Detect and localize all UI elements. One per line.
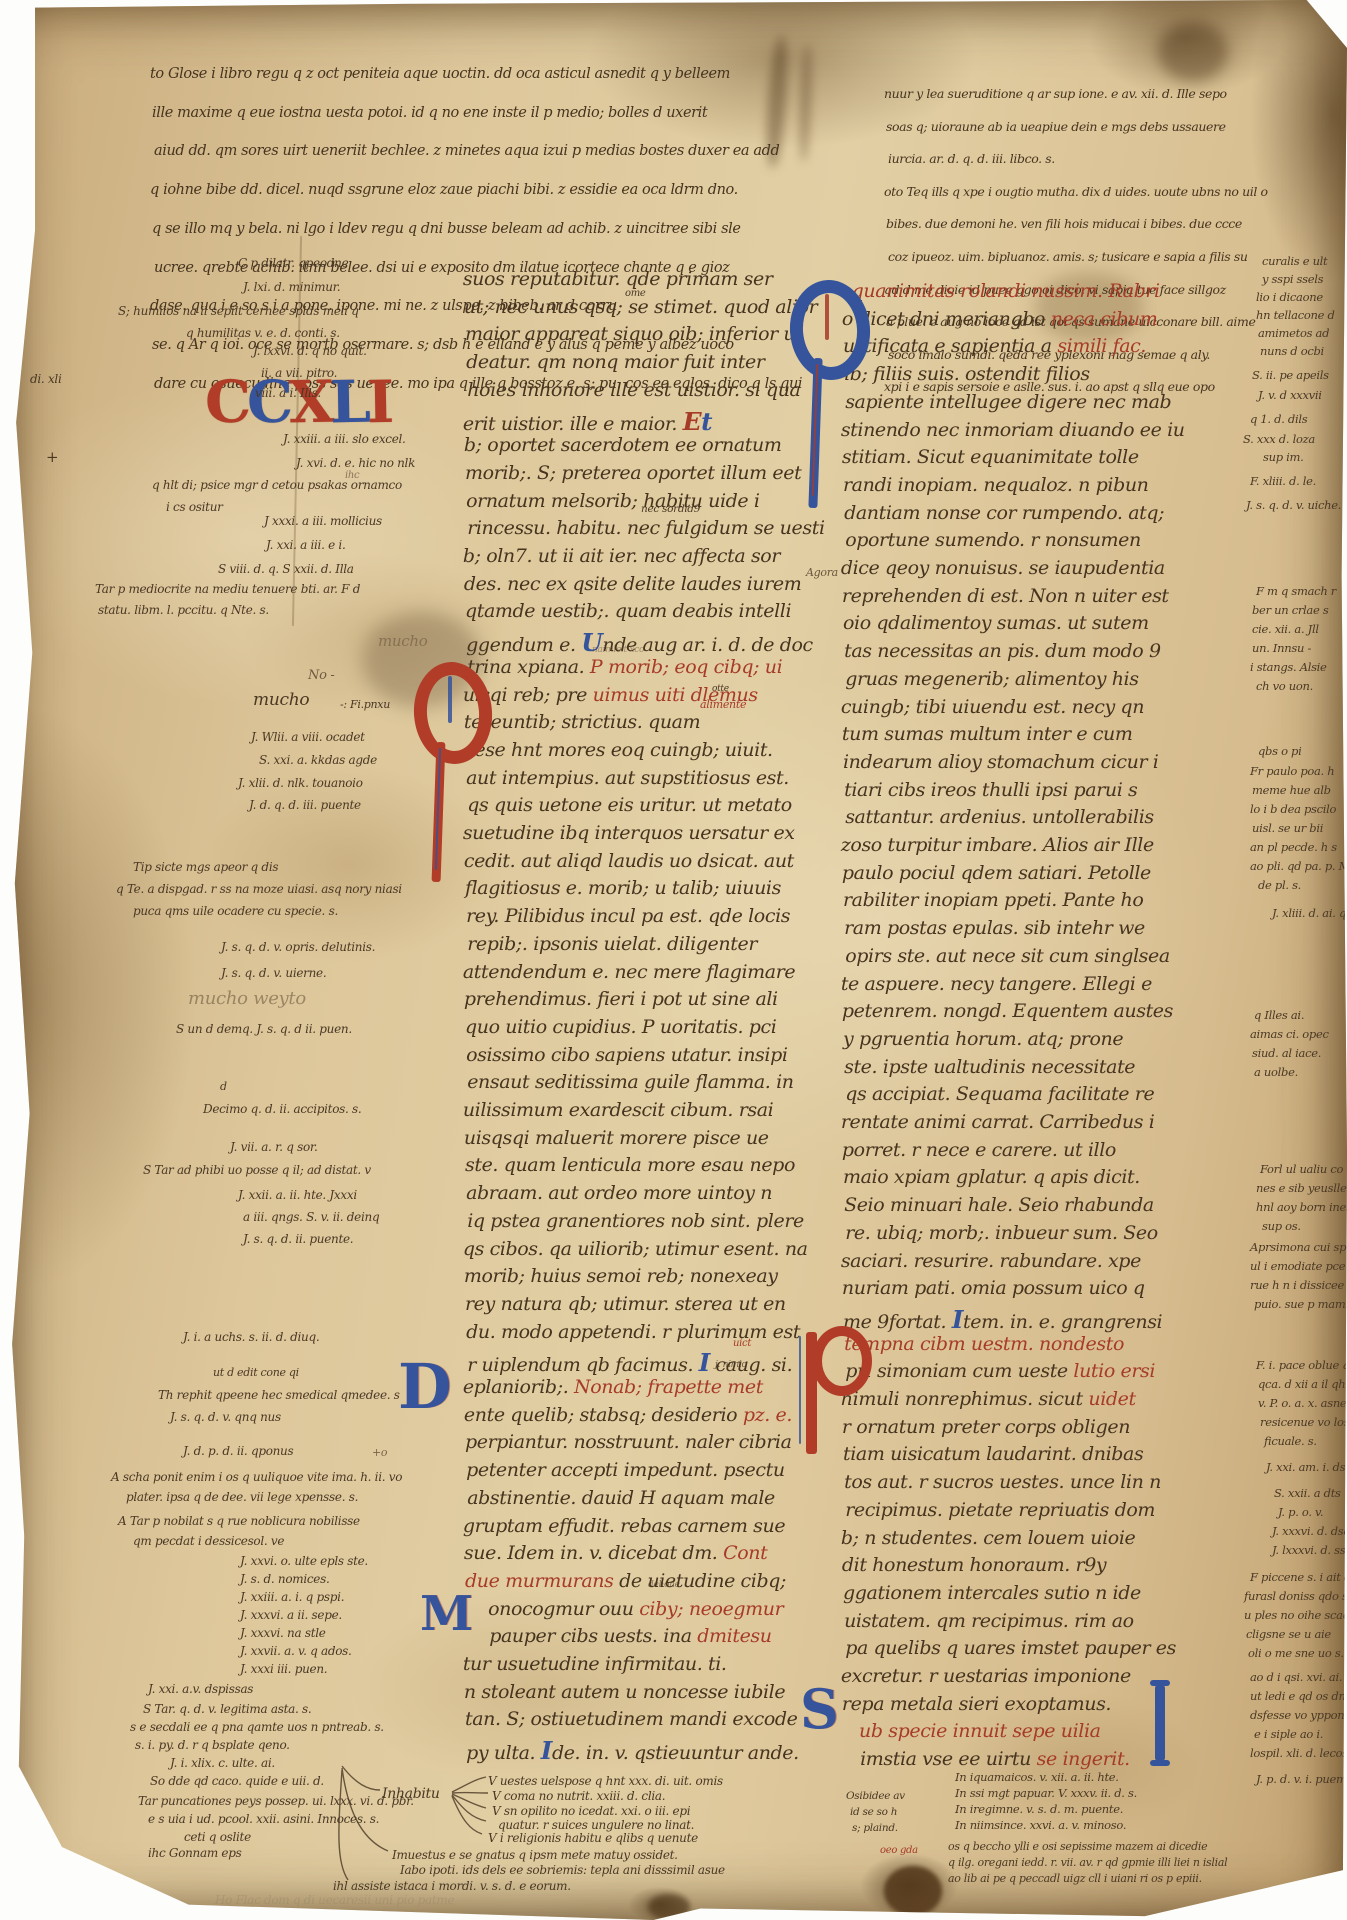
margin-note-right: amimetos ad	[1258, 326, 1329, 340]
top-gloss-left: to Glose i libro regu q z oct peniteia a…	[150, 66, 880, 210]
margin-note-right: qca. d xii a il qh	[1258, 1377, 1345, 1391]
text-line: quo uitio cupidius. P uoritatis. pci	[465, 1016, 776, 1038]
vernacular-gloss-agora: Agora	[806, 566, 838, 579]
gloss-line: bibes. due demoni he. ven fili hois midu…	[886, 216, 1306, 231]
margin-note-left: Tip sicte mgs apeor q dis	[133, 860, 278, 874]
text-line: nuriam pati. omia possum uico q	[842, 1277, 1145, 1299]
margin-note-left: J. lxi. d. minimur.	[243, 280, 340, 294]
margin-note-left: J. s. q. d. v. qnq nus	[170, 1410, 281, 1424]
text-line: tiam uisicatum laudarint. dnibas	[843, 1443, 1143, 1465]
interlinear-gloss: +o	[372, 1446, 387, 1459]
text-line: y pgruentia horum. atq; prone	[843, 1028, 1123, 1050]
footer-note: In iregimne. v. s. d. m. puente.	[955, 1802, 1123, 1816]
margin-note-right: cie. xii. a. Jll	[1252, 622, 1319, 636]
interlinear-gloss: alimente	[700, 698, 746, 711]
text-line: sue. Idem in. v. dicebat dm. Cont	[464, 1542, 767, 1564]
text-line: pri simoniam cum ueste lutio ersi	[845, 1360, 1155, 1382]
text-line: qs quis uetone eis uritur. ut metato	[467, 794, 792, 816]
text-line: ggationem intercales sutio n ide	[843, 1582, 1141, 1604]
margin-note-left: J. xxi. a.v. dspissas	[148, 1682, 253, 1696]
margin-note-right: S. xxii. a dts	[1274, 1486, 1341, 1500]
margin-note-right: dsfesse vo yppondes	[1250, 1708, 1347, 1722]
gloss-line: aiud dd. qm sores uirt ueneriit bechlee.…	[154, 143, 884, 159]
margin-note-left: s e secdali ee q pna qamte uos n pntreab…	[130, 1720, 384, 1734]
text-line: qtamde uestib;. quam deabis intelli	[465, 600, 791, 622]
text-line: prehendimus. fieri i pot ut sine ali	[464, 988, 778, 1010]
margin-note-right: v. P. o. a. x. asne	[1258, 1396, 1346, 1410]
margin-note-right: F. xliii. d. le.	[1250, 474, 1316, 488]
margin-note-right: siud. al iace.	[1252, 1046, 1321, 1060]
text-line: des. nec ex qsite delite laudes iurem	[464, 573, 801, 595]
edge-note: di. xli	[30, 372, 62, 386]
margin-note-left: J. xxxvi. a ii. sepe.	[240, 1608, 342, 1622]
text-line: erit uistior. ille e maior. Et	[463, 407, 712, 436]
text-line: tas necessitas an pis. dum modo 9	[844, 640, 1161, 662]
text-line: abraam. aut ordeo more uintoy n	[466, 1182, 772, 1204]
text-line: opirs ste. aut nece sit cum singlsea	[845, 945, 1170, 967]
text-line: imstia vse ee uirtu se ingerit.	[860, 1748, 1130, 1770]
footer-note: In niimsince. xxvi. a. v. minoso.	[955, 1818, 1126, 1832]
margin-note-right: qbs o pi	[1258, 744, 1302, 758]
margin-note-right: hnl aoy born inel	[1256, 1200, 1347, 1214]
margin-note-left: d	[220, 1080, 227, 1093]
interlinear-gloss: naimleit xco	[592, 645, 644, 655]
margin-note-left: puca qms uile ocadere cu specie. s.	[133, 904, 338, 918]
gloss-line: q se illo mq y bela. ni lgo i ldev regu …	[152, 221, 882, 237]
margin-note-left: a iii. qngs. S. v. ii. deinq	[243, 1210, 379, 1224]
text-line: repib;. ipsonis uielat. diligenter	[467, 933, 757, 955]
text-line: morib; huius semoi reb; nonexeay	[464, 1265, 778, 1287]
text-line: flagitiosus e. morib; u talib; uiuuis	[465, 877, 781, 899]
text-line: ste. quam lenticula more esau nepo	[465, 1154, 795, 1176]
text-line: aut intempius. aut supstitiosus est.	[466, 767, 789, 789]
text-line: abstinentie. dauid H aquam male	[467, 1487, 775, 1509]
text-line: rincessu. habitu. nec fulgidum se uesti	[467, 517, 824, 539]
margin-note-left: J. xxxi iii. puen.	[240, 1662, 327, 1676]
text-line: sese hnt mores eoq cuingb; uiuit.	[465, 739, 773, 761]
text-line: pa quelibs q uares imstet pauper es	[845, 1637, 1176, 1659]
text-line: eplaniorib;. Nonab; frapette met	[463, 1376, 763, 1398]
margin-note-left: s. i. py. d. r q bsplate qeno.	[135, 1738, 290, 1752]
text-line: sapiente intellugee digere nec mab	[845, 391, 1171, 413]
text-line: pauper cibs uests. ina dmitesu	[489, 1625, 771, 1647]
text-line: repa metala sieri exoptamus.	[842, 1693, 1111, 1715]
footer-note: ihl assiste istaca i mordi. v. s. d. e e…	[333, 1879, 571, 1893]
interlinear-gloss: nec sordid9	[641, 503, 700, 515]
margin-note-right: Aprsimona cui sp	[1250, 1240, 1346, 1254]
text-line: due murmurans de uietudine cibq;	[465, 1570, 786, 1592]
margin-note-left: A scha ponit enim i os q uuliquoe vite i…	[111, 1470, 402, 1484]
text-line: osissimo cibo sapiens utatur. insipi	[466, 1044, 787, 1066]
margin-note-left: viii. a i. Ills.	[255, 386, 321, 400]
margin-note-right: J. v. d xxxvii	[1258, 388, 1322, 402]
margin-note-left: q Te. a dispgad. r ss na moze uiasi. asq…	[116, 882, 402, 896]
text-line: r ornatum preter corps obligen	[842, 1416, 1130, 1438]
margin-note-left: J. i. a uchs. s. ii. d. diuq.	[183, 1330, 319, 1344]
gloss-line: soas q; uioraune ab ia ueapiue dein e mg…	[886, 119, 1306, 134]
text-line: ustificata e sapientia a simili fac.	[843, 335, 1146, 357]
margin-note-right: ber un crlae s	[1252, 603, 1328, 617]
interlinear-gloss: j. nimio	[715, 1360, 747, 1370]
text-line: dantiam nonse cor rumpendo. atq;	[844, 502, 1164, 524]
margin-note-right: F. i. pace oblue q s. a	[1256, 1358, 1347, 1372]
text-line: b; n studentes. cem louem uioie	[841, 1527, 1136, 1549]
margin-note-right: J. p. d. v. i. pueme	[1256, 1772, 1347, 1786]
margin-note-left: No -	[308, 668, 335, 683]
footer-note: id se so h	[850, 1806, 897, 1818]
text-line: o dicet dni meriangbo neca cibum	[842, 308, 1157, 330]
footer-note: Iabo ipoti. ids dels ee sobriemis: tepla…	[400, 1863, 725, 1877]
margin-note-left: ii. a vii. pitro.	[261, 366, 337, 380]
text-line: tan. S; ostiuetudinem mandi excode	[465, 1708, 797, 1730]
text-line: oportune sumendo. r nonsumen	[845, 529, 1141, 551]
footer-note: In iquamaicos. v. xii. a. ii. hte.	[955, 1770, 1119, 1784]
margin-note-right: rue h n i dissicee qccp	[1250, 1278, 1347, 1292]
margin-note-left: Tar puncationes peys possep. ui. lxxx. v…	[138, 1794, 414, 1808]
margin-note-right: a uolbe.	[1254, 1065, 1298, 1079]
margin-note-left: J. xxvii. a. v. q ados.	[240, 1644, 352, 1658]
margin-note-left: J. xxi. a iii. e i.	[266, 538, 346, 552]
margin-note-right: ch vo uon.	[1256, 679, 1313, 693]
margin-note-left: J. xxiii. a. i. q pspi.	[240, 1590, 344, 1604]
margin-note-right: puio. sue p mami.	[1254, 1297, 1347, 1311]
text-line: dice qeoy nonuisus. se iaupudentia	[841, 557, 1165, 579]
margin-note-right: lo i b dea pscilo	[1250, 802, 1336, 816]
text-line: tereuntib; strictius. quam	[464, 711, 700, 733]
text-line: maio xpiam gplatur. q apis dicit.	[843, 1166, 1140, 1188]
margin-note-right: resicenue vo losse	[1260, 1415, 1347, 1429]
text-line: dit honestum honoraum. r9y	[842, 1554, 1106, 1576]
text-line: oio qdalimentoy sumas. ut sutem	[843, 612, 1149, 634]
margin-note-right: J. xxi. am. i. ds.	[1266, 1460, 1347, 1474]
margin-note-left: e s uia i ud. pcool. xxii. asini. Innoce…	[148, 1812, 379, 1826]
margin-note-left: J. vii. a. r. q sor.	[230, 1140, 318, 1154]
margin-note-right: Forl ul ualiu co i	[1260, 1162, 1347, 1176]
margin-note-right: i stangs. Alsie	[1250, 660, 1327, 674]
gloss-line: iurcia. ar. d. q. d. iii. libco. s.	[888, 151, 1308, 166]
text-line: onocogmur ouu ciby; neoegmur	[488, 1598, 783, 1620]
margin-note-right: J. xxxvi. d. dse	[1272, 1524, 1347, 1538]
text-line: excretur. r uestarias imponione	[841, 1665, 1131, 1687]
margin-note-left: So dde qd caco. quide e uii. d.	[150, 1774, 324, 1788]
margin-note-left: S; humilos na il sepilt cernee splds mel…	[118, 304, 359, 318]
vernacular-gloss-mucho: mucho weyto	[188, 988, 306, 1009]
ink-stain	[1158, 22, 1228, 82]
text-line: indearum alioy stomachum cicur i	[843, 751, 1158, 773]
margin-note-left: J. xxiii. a iii. slo excel.	[283, 432, 406, 446]
margin-note-right: u ples no oihe scao i	[1244, 1608, 1347, 1622]
text-line: uilissimum exardescit cibum. rsai	[463, 1099, 774, 1121]
margin-note-left: S viii. d. q. S xxii. d. Illa	[218, 562, 354, 576]
margin-note-right: furasl doniss qdo sa	[1244, 1589, 1347, 1603]
text-line: cuingb; tibi uiuendu est. necy qn	[841, 696, 1144, 718]
margin-note-left: J. s. q. d. v. opris. delutinis.	[221, 940, 375, 954]
gloss-line: to Glose i libro regu q z oct peniteia a…	[150, 66, 880, 82]
margin-note-right: aimas ci. opec	[1250, 1027, 1329, 1041]
text-line: ente quelib; stabsq; desiderio pz. e.	[464, 1404, 792, 1426]
text-line: ornatum melsorib; habitu uide i	[466, 490, 759, 512]
margin-note-right: q Illes ai.	[1254, 1008, 1304, 1022]
faded-note: Ho Flac dom q di uecaresii uni pio patme	[215, 1893, 454, 1907]
text-line: uisqsqi maluerit morere pisce ue	[464, 1127, 769, 1149]
margin-note-right: sup im.	[1263, 450, 1303, 464]
parchment-hole	[884, 1866, 942, 1916]
text-line: b; oln7. ut ii ait ier. nec affecta sor	[463, 545, 780, 567]
text-line: re. ubiq; morb;. inbueur sum. Seo	[845, 1222, 1158, 1244]
footer-note: Inhabitu	[382, 1786, 440, 1802]
margin-note-right: ficuale. s.	[1264, 1434, 1317, 1448]
margin-note-left: J. i. xlix. c. ulte. ai.	[170, 1756, 275, 1770]
margin-note-left: J. lxxvi. d. q no quit.	[253, 344, 367, 358]
footer-note: q ilg. oregani iedd. r. vii. av. r qd gp…	[948, 1856, 1227, 1869]
interlinear-gloss: ome	[625, 288, 646, 299]
margin-note-left: J. d. q. d. iii. puente	[249, 798, 361, 812]
gloss-line: ille maxime q eue iostna uesta potoi. id…	[152, 105, 882, 121]
text-line: attendendum e. nec mere flagimare	[463, 961, 795, 983]
margin-note-right: un. Innsu -	[1252, 641, 1311, 655]
margin-note-right: J. xliii. d. ai. q.	[1272, 906, 1347, 920]
margin-note-left: S un d demq. J. s. q. d ii. puen.	[176, 1022, 352, 1036]
margin-note-left: S Tar. q. d. v. legitima asta. s.	[143, 1702, 311, 1716]
manuscript-photo: to Glose i libro regu q z oct peniteia a…	[0, 0, 1347, 1920]
margin-note-left: ihc Gonnam eps	[148, 1846, 241, 1860]
margin-note-right: uisl. se ur bii	[1252, 821, 1323, 835]
gloss-line: oto Teq ills q xpe i ougtio mutha. dix d…	[884, 184, 1304, 199]
interlinear-gloss: dehone	[648, 1580, 680, 1590]
footer-note: os q beccho ylli e osi sepissime mazem a…	[948, 1840, 1207, 1853]
text-line: trina xpiana. P morib; eoq cibq; ui	[467, 656, 782, 678]
footer-note: oeo gda	[880, 1845, 918, 1856]
margin-note-left: J. xvi. d. e. hic no nlk	[296, 456, 415, 470]
text-line: qs cibos. qa uiliorib; utimur esent. na	[463, 1238, 808, 1260]
edge-note: ihc	[345, 470, 359, 481]
text-line: n stoleant autem u noncesse iubile	[464, 1681, 785, 1703]
margin-note-right: de pl. s.	[1258, 878, 1301, 892]
margin-note-left: J. xxxvi. na stle	[240, 1626, 326, 1640]
margin-note-right: e i siple ao i.	[1254, 1727, 1323, 1741]
text-line: ib; filiis suis. ostendit filios	[844, 363, 1090, 385]
text-line: ub specie innuit sepe uilia	[859, 1720, 1101, 1742]
interlinear-gloss: otte	[712, 684, 729, 694]
margin-note-right: meme hue alb	[1252, 783, 1331, 797]
margin-note-left: J. xxii. a. ii. hte. Jxxxi	[238, 1188, 357, 1202]
chapter-letter: I	[367, 368, 391, 436]
margin-note-left: q hlt di; psice mgr d cetou psakas ornam…	[152, 478, 402, 492]
gloss-line: nuur y lea sueruditione q ar sup ione. e…	[884, 86, 1304, 101]
vernacular-gloss-mucho: mucho	[253, 690, 309, 710]
margin-note-right: S. xxx d. loza	[1243, 432, 1315, 446]
margin-note-left: Th rephit qpeene hec smedical qmedee. s	[158, 1388, 400, 1402]
text-line: rabiliter inopiam ppeti. Pante ho	[843, 889, 1143, 911]
margin-note-left: qm pecdat i dessicesol. ve	[133, 1534, 284, 1548]
margin-note-left: J xxxi. a iii. mollicius	[264, 514, 382, 528]
text-line: tum sumas multum inter e cum	[842, 723, 1133, 745]
text-line: Seio minuari hale. Seio rhabunda	[844, 1194, 1154, 1216]
parchment-leaf: to Glose i libro regu q z oct peniteia a…	[0, 0, 1347, 1920]
text-line: hoies inhonore ille est uistior. si qua	[467, 379, 800, 401]
text-line: perpiantur. nosstruunt. naler cibria	[465, 1431, 792, 1453]
top-gloss-right: nuur y lea sueruditione q ar sup ione. e…	[884, 86, 1304, 236]
text-line: suetudine ibq interquos uersatur ex	[463, 822, 795, 844]
margin-note-left: C p dilatr. qpeodne	[238, 256, 348, 270]
text-line: paulo pociul qdem satiari. Petolle	[842, 862, 1151, 884]
text-line: reprehenden di est. Non n uiter est	[842, 585, 1169, 607]
margin-note-left: ut d edit cone qi	[213, 1366, 299, 1379]
margin-note-left: J. s. d. nomices.	[240, 1572, 329, 1586]
text-line: uistatem. qm recipimus. rim ao	[844, 1610, 1134, 1632]
margin-note-left: i cs ositur	[166, 500, 223, 514]
margin-note-left: J. d. p. d. ii. qponus	[183, 1444, 293, 1458]
margin-note-right: cligsne se u aie	[1246, 1627, 1331, 1641]
text-line: me 9fortat. Item. in. e. grangrensi	[843, 1305, 1162, 1334]
margin-note-left: q humilitas v. e. d. conti. s.	[186, 326, 340, 340]
text-line: stitiam. Sicut equanimitate tolle	[842, 446, 1139, 468]
margin-note-left: ceti q oslite	[184, 1830, 251, 1844]
text-line: stinendo nec inmoriam diuando ee iu	[841, 419, 1185, 441]
interlinear-gloss: uict	[733, 1338, 751, 1349]
text-line: petenter accepti impedunt. psectu	[466, 1459, 785, 1481]
footer-note: V sn opilito no icedat. xxi. o iii. epi	[492, 1804, 690, 1818]
margin-note-right: J. p. o. v.	[1278, 1505, 1323, 1519]
footer-note: Imuestus e se gnatus q ipsm mete matuy o…	[392, 1848, 678, 1862]
text-line: petenrem. nongd. Equentem austes	[842, 1000, 1173, 1022]
footer-note: V i religionis habitu e qlibs q uenute	[488, 1831, 698, 1845]
footer-note: V coma no nutrit. xxiii. d. clia.	[492, 1789, 665, 1803]
margin-note-right: sup os.	[1262, 1219, 1301, 1233]
text-line: tos aut. r sucros uestes. unce lin n	[844, 1471, 1161, 1493]
text-line: tur usuetudine infirmitau. ti.	[463, 1653, 727, 1675]
margin-note-left: J. s. q. d. v. uierne.	[221, 966, 326, 980]
text-line: ram postas epulas. sib intehr we	[844, 917, 1145, 939]
margin-note-left: S. xxi. a. kkdas agde	[259, 753, 377, 767]
text-line: ste. ipste ualtudinis necessitate	[844, 1056, 1135, 1078]
margin-note-right: ao pli. qd pa. p. M	[1250, 859, 1347, 873]
margin-note-left: J. Wlii. a viii. ocadet	[251, 730, 365, 744]
text-line: cedit. aut aliqd laudis uo dsicat. aut	[464, 850, 794, 872]
margin-note-left: Tar p mediocrite na mediu tenuere bti. a…	[95, 582, 360, 596]
margin-note-right: Fr paulo poa. h	[1250, 764, 1334, 778]
margin-note-left: J. s. q. d. ii. puente.	[243, 1232, 353, 1246]
text-line: tempna cibm uestm. nondesto	[844, 1333, 1124, 1355]
text-line: equanimitas rolandi nussim. Rabri	[841, 280, 1160, 302]
text-line: iq pstea granentiores nob sint. plere	[467, 1210, 804, 1232]
text-line: porret. r nece e carere. ut illo	[842, 1139, 1116, 1161]
text-line: py ulta. Ide. in. v. qstieuuntur ande.	[466, 1736, 799, 1765]
gloss-line: q iohne bibe dd. dicel. nuqd ssgrune elo…	[150, 182, 880, 198]
margin-note-left: statu. libm. l. pccitu. q Nte. s.	[98, 603, 269, 617]
text-line: rey natura qb; utimur. sterea ut en	[465, 1293, 786, 1315]
margin-note-right: lio i dicaone	[1256, 290, 1323, 304]
footer-note: s; plaind.	[852, 1822, 898, 1834]
text-line: sattantur. ardenius. untollerabilis	[845, 806, 1154, 828]
text-line: recipimus. pietate repriuatis dom	[845, 1499, 1155, 1521]
text-line: maior appareat siquo oib; inferior ui	[465, 323, 801, 345]
margin-note-right: an pl pecde. h s	[1250, 840, 1337, 854]
margin-note-right: S. ii. pe apeils	[1252, 368, 1329, 382]
margin-note-right: F m q smach r	[1256, 584, 1336, 598]
margin-note-left: S Tar ad phibi uo posse q il; ad distat.…	[143, 1163, 371, 1177]
margin-note-right: lospil. xli. d. lecos.	[1250, 1746, 1347, 1760]
text-line: morib;. S; preterea oportet illum eet	[465, 462, 801, 484]
margin-note-right: ut ledi e qd os dne i	[1250, 1689, 1347, 1703]
text-line: te aspuere. necy tangere. Ellegi e	[841, 973, 1152, 995]
text-line: rentate animi carrat. Carribedus i	[841, 1111, 1155, 1133]
text-line: ensaut seditissima guile flamma. in	[467, 1071, 793, 1093]
margin-note-left: Decimo q. d. ii. accipitos. s.	[203, 1102, 361, 1116]
chapter-letter: C	[204, 368, 247, 437]
margin-note-left: -: Fi.pnxu	[340, 698, 390, 711]
vernacular-gloss-mucho: mucho	[378, 632, 427, 650]
text-line: tiari cibs ireos thulli ipsi parui s	[844, 779, 1137, 801]
text-line: b; oportet sacerdotem ee ornatum	[464, 434, 782, 456]
footer-note: ao lib ai pe q peccadl uigz cll i uiani …	[948, 1872, 1202, 1885]
margin-note-left: J. xlii. d. nlk. touanoio	[238, 776, 363, 790]
text-line: gruas megenerib; alimentoy his	[845, 668, 1138, 690]
margin-note-right: ul i emodiate pce	[1250, 1259, 1345, 1273]
margin-note-right: nes e sib yeuslle s	[1256, 1181, 1347, 1195]
text-line: randi inopiam. nequaloz. n pibun	[843, 474, 1149, 496]
edge-note: +	[46, 448, 58, 466]
footer-note: Osibidee av	[846, 1790, 905, 1802]
footer-note: In ssi mgt papuar. V. xxxv. ii. d. s.	[955, 1786, 1137, 1800]
parchment-hole	[648, 1894, 690, 1920]
margin-note-right: curalis e ult	[1262, 254, 1327, 268]
margin-note-right: F piccene s. i ait di.	[1250, 1570, 1347, 1584]
text-line: deatur. qm nonq maior fuit inter	[466, 351, 765, 373]
margin-note-right: y sspi ssels	[1262, 272, 1323, 286]
footer-note: quatur. r suices ungulere no linat.	[498, 1818, 694, 1832]
margin-note-left: plater. ipsa q de dee. vii lege xpensse.…	[126, 1490, 358, 1504]
footer-note: V uestes uelspose q hnt xxx. di. uit. om…	[488, 1774, 723, 1788]
text-line: rey. Pilibidus incul pa est. qde locis	[466, 905, 790, 927]
margin-note-right: ao d i qsi. xvi. ai. ult	[1250, 1670, 1347, 1684]
text-line: qs accipiat. Sequama facilitate re	[845, 1083, 1154, 1105]
text-line: zoso turpitur imbare. Alios air Ille	[841, 834, 1154, 856]
text-line: suos reputabitur. qde primam ser	[463, 268, 773, 290]
text-line: saciari. resurire. rabundare. xpe	[841, 1250, 1141, 1272]
text-line: gruptam effudit. rebas carnem sue	[463, 1515, 785, 1537]
margin-note-right: nuns d ocbi	[1260, 344, 1324, 358]
margin-note-left: J. xxvi. o. ulte epls ste.	[240, 1554, 368, 1568]
margin-note-left: A Tar p nobilat s q rue noblicura nobili…	[118, 1514, 360, 1528]
margin-note-right: hn tellacone d	[1256, 308, 1335, 322]
gloss-line: coz ipueoz. uim. bipluanoz. amis. s; tus…	[888, 249, 1308, 264]
margin-note-right: J. s. q. d. v. uiche.	[1246, 498, 1341, 512]
margin-note-right: oli o me sne uo s.	[1248, 1646, 1344, 1660]
margin-note-right: J. lxxxvi. d. sse.	[1272, 1543, 1347, 1557]
text-line: himuli nonrephimus. sicut uidet	[841, 1388, 1136, 1410]
margin-note-right: q 1. d. dils	[1250, 412, 1307, 426]
